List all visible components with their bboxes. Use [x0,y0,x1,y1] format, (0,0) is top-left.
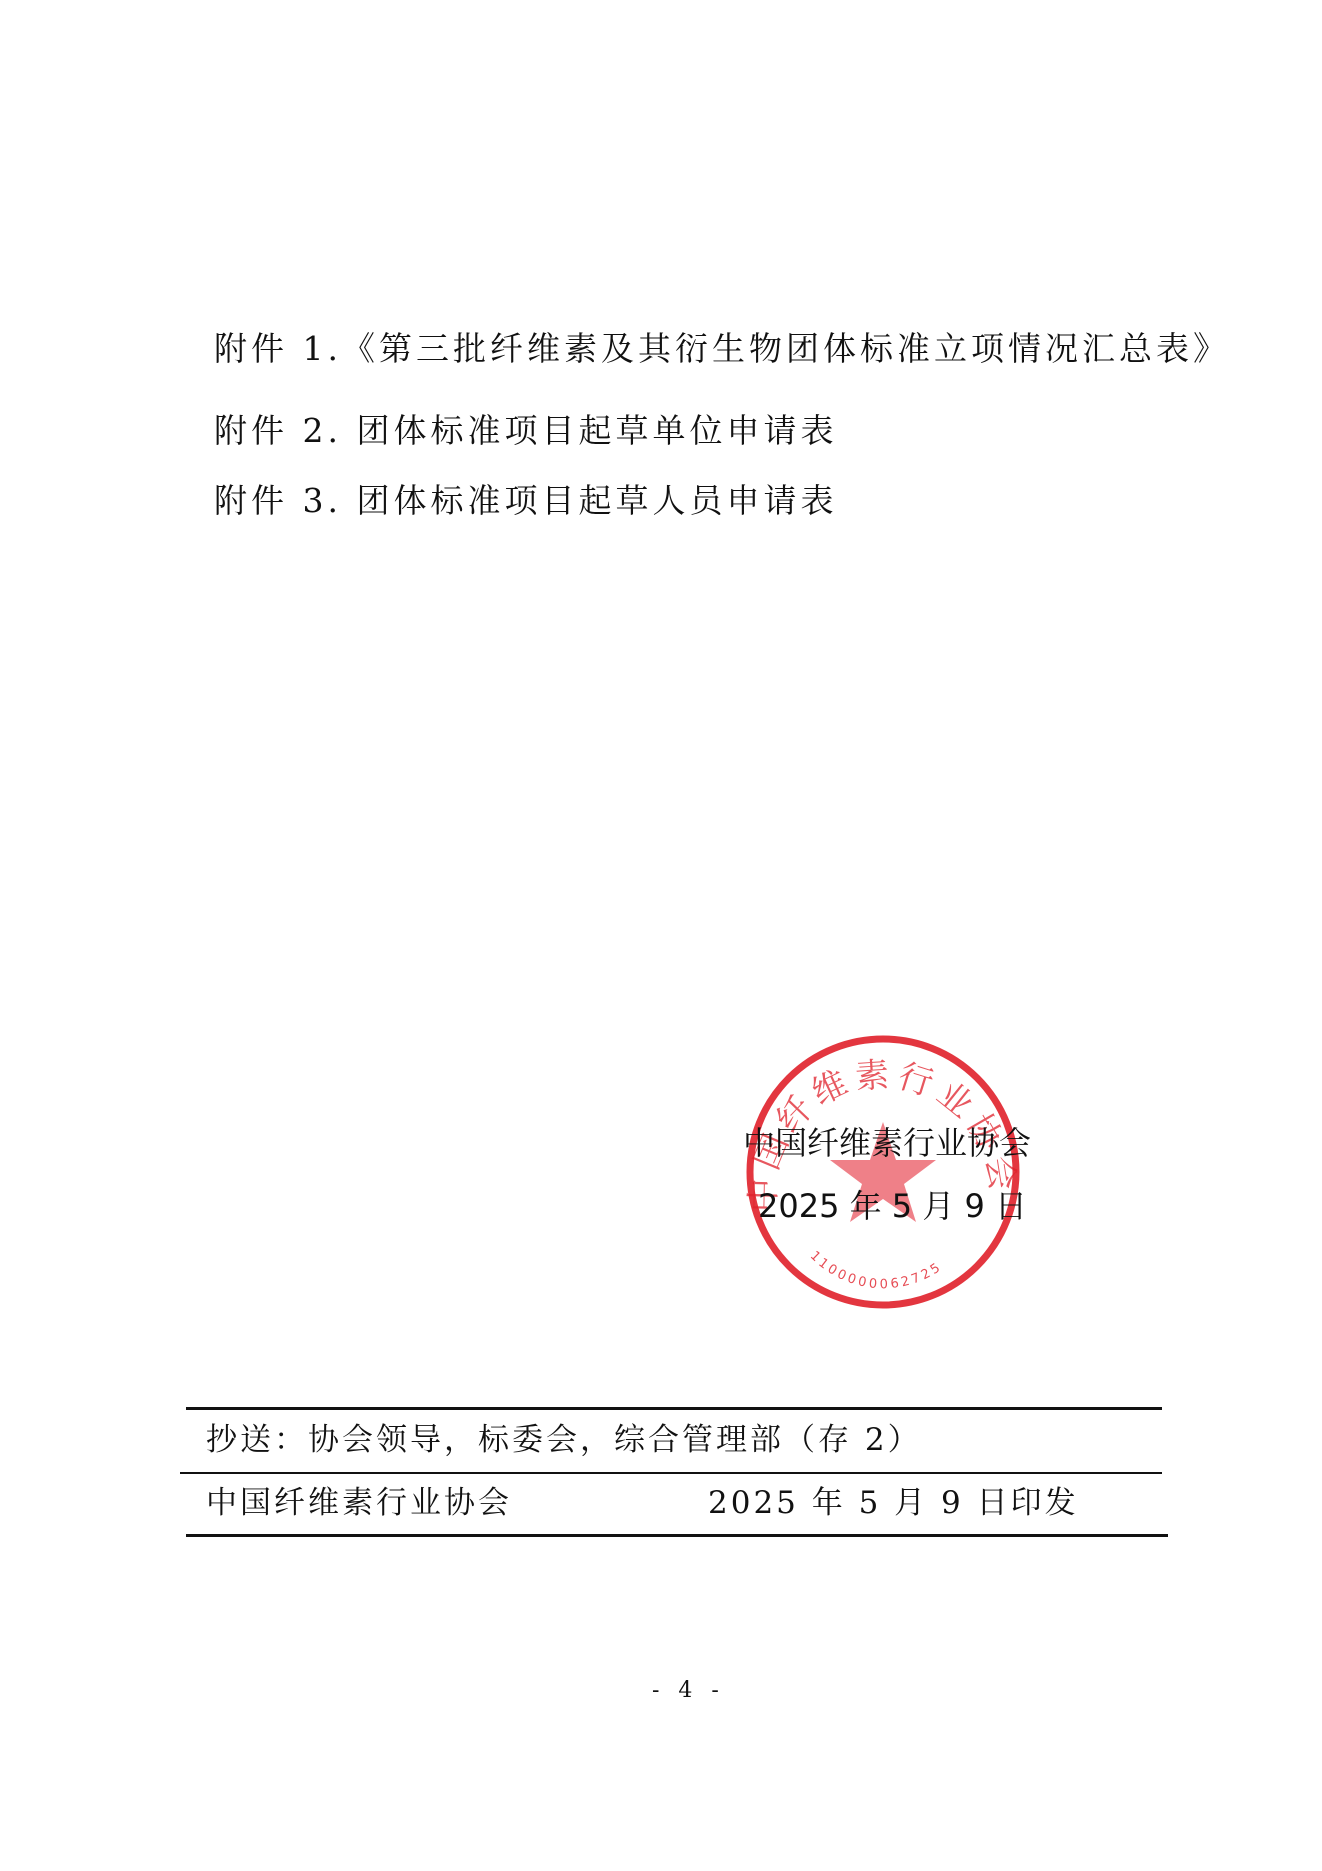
page-number: - 4 - [652,1678,725,1703]
svg-text:1100000062725: 1100000062725 [807,1248,946,1292]
footer-middle-rule [180,1472,1162,1474]
cc-line: 抄送：协会领导，标委会，综合管理部（存 2） [206,1425,922,1456]
signature-date: 2025 年 5 月 9 日 [758,1190,1027,1222]
footer-top-rule [186,1407,1162,1410]
attachment-2: 附件 2. 团体标准项目起草单位申请表 [214,414,837,447]
seal-icon: 中国纤维素行业协会 1100000062725 [738,1030,1028,1320]
footer-bottom-rule [186,1534,1168,1537]
issue-date: 2025 年 5 月 9 日印发 [708,1488,1079,1519]
official-seal: 中国纤维素行业协会 1100000062725 [738,1030,1028,1320]
attachment-3: 附件 3. 团体标准项目起草人员申请表 [214,484,837,517]
attachment-1: 附件 1.《第三批纤维素及其衍生物团体标准立项情况汇总表》 [214,332,1230,365]
signature-organization: 中国纤维素行业协会 [743,1127,1031,1159]
issuer: 中国纤维素行业协会 [206,1488,512,1519]
